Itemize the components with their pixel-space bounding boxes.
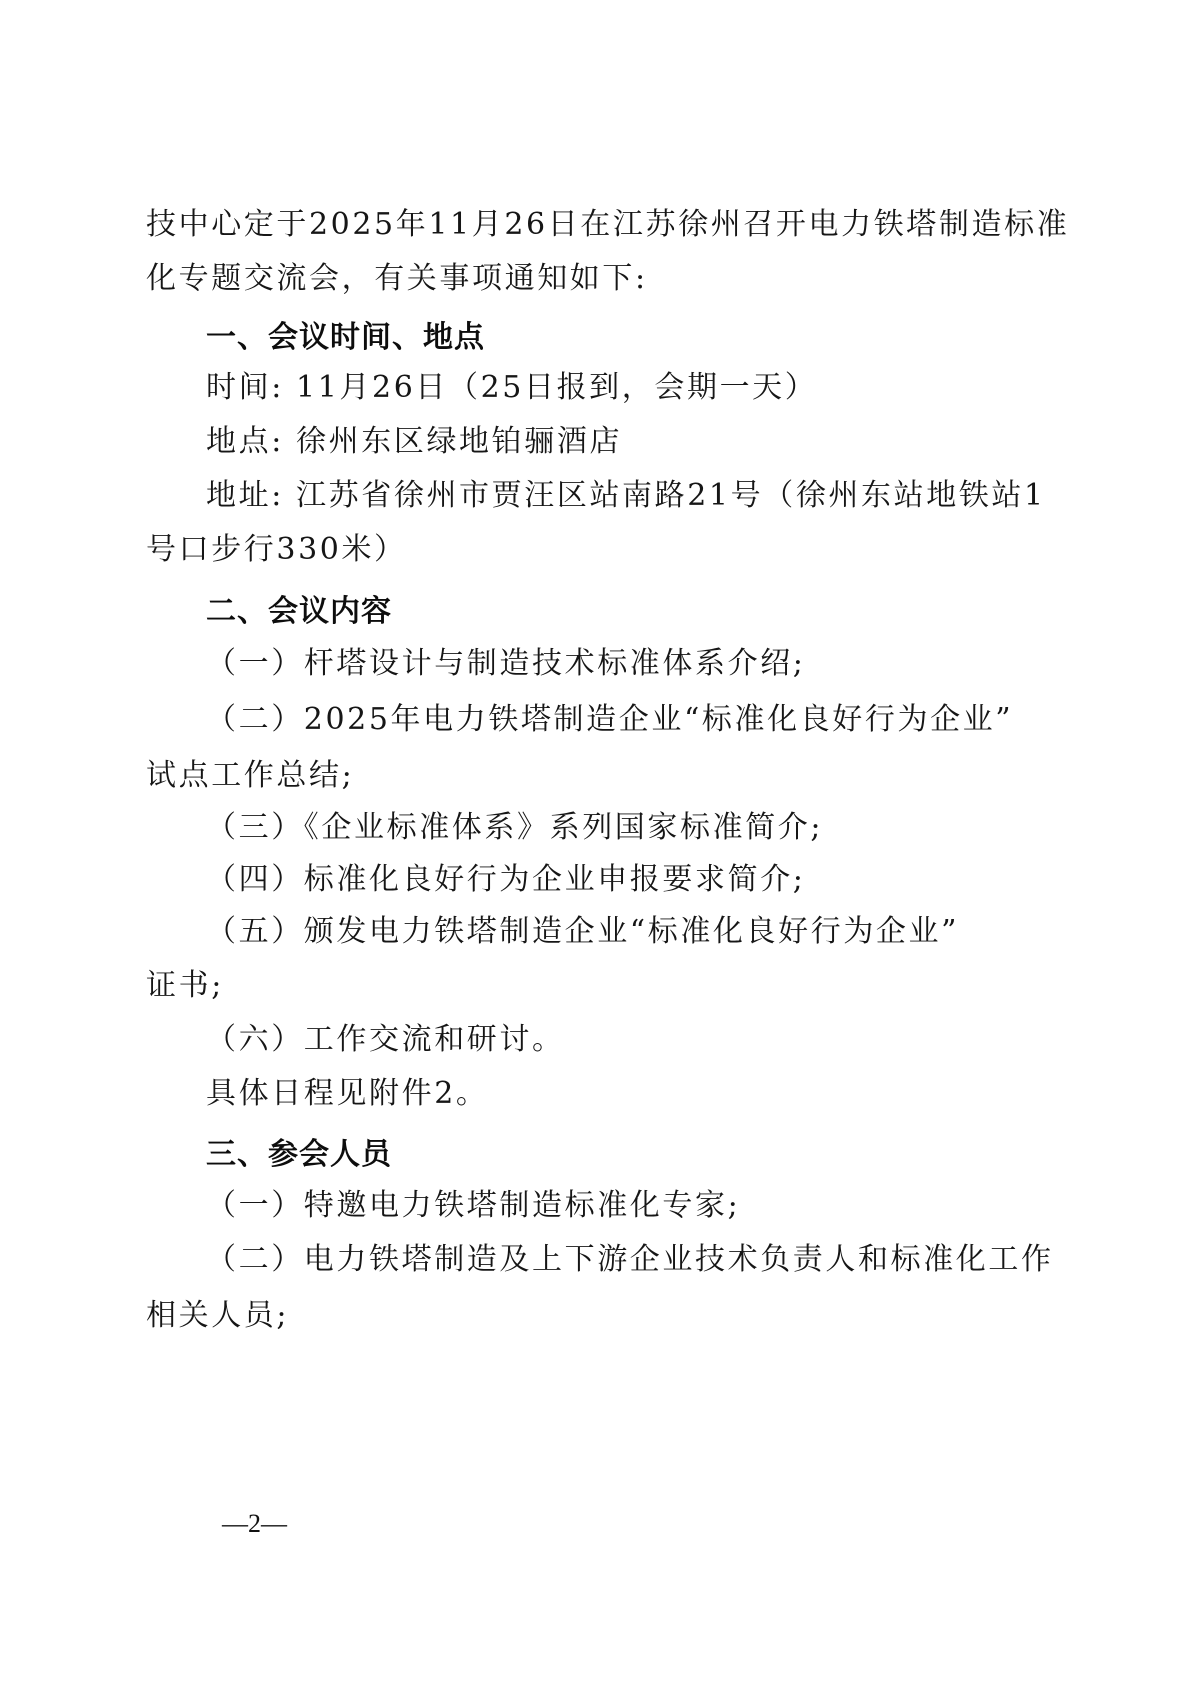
content-item-4: （四）标准化良好行为企业申报要求简介; bbox=[206, 860, 806, 900]
page-number: —2— bbox=[222, 1509, 287, 1539]
attendee-item-2-line-1: （二）电力铁塔制造及上下游企业技术负责人和标准化工作 bbox=[206, 1240, 1042, 1280]
attendee-item-2-line-2: 相关人员; bbox=[146, 1296, 289, 1336]
section-heading-content: 二、会议内容 bbox=[206, 592, 392, 632]
intro-line-1: 技中心定于2025年11月26日在江苏徐州召开电力铁塔制造标准 bbox=[146, 205, 1042, 245]
meeting-address-line-1: 地址: 江苏省徐州市贾汪区站南路21号（徐州东站地铁站1 bbox=[206, 476, 1042, 516]
schedule-note: 具体日程见附件2。 bbox=[206, 1074, 489, 1114]
meeting-time: 时间: 11月26日（25日报到，会期一天） bbox=[206, 368, 817, 408]
attendee-item-1: （一）特邀电力铁塔制造标准化专家; bbox=[206, 1186, 740, 1226]
content-item-1: （一）杆塔设计与制造技术标准体系介绍; bbox=[206, 644, 806, 684]
meeting-venue: 地点: 徐州东区绿地铂骊酒店 bbox=[206, 422, 622, 462]
section-heading-attendees: 三、参会人员 bbox=[206, 1135, 392, 1175]
content-item-5-line-2: 证书; bbox=[146, 966, 224, 1006]
meeting-address-line-2: 号口步行330米） bbox=[146, 530, 407, 570]
content-item-2-line-1: （二）2025年电力铁塔制造企业“标准化良好行为企业” bbox=[206, 700, 1013, 740]
content-item-6: （六）工作交流和研讨。 bbox=[206, 1020, 565, 1060]
content-item-3: （三）《企业标准体系》系列国家标准简介; bbox=[206, 808, 823, 848]
section-heading-time-venue: 一、会议时间、地点 bbox=[206, 318, 485, 358]
intro-line-2: 化专题交流会，有关事项通知如下: bbox=[146, 259, 648, 299]
content-item-5-line-1: （五）颁发电力铁塔制造企业“标准化良好行为企业” bbox=[206, 912, 959, 952]
content-item-2-line-2: 试点工作总结; bbox=[146, 756, 354, 796]
document-page: 技中心定于2025年11月26日在江苏徐州召开电力铁塔制造标准 化专题交流会，有… bbox=[0, 0, 1190, 1683]
